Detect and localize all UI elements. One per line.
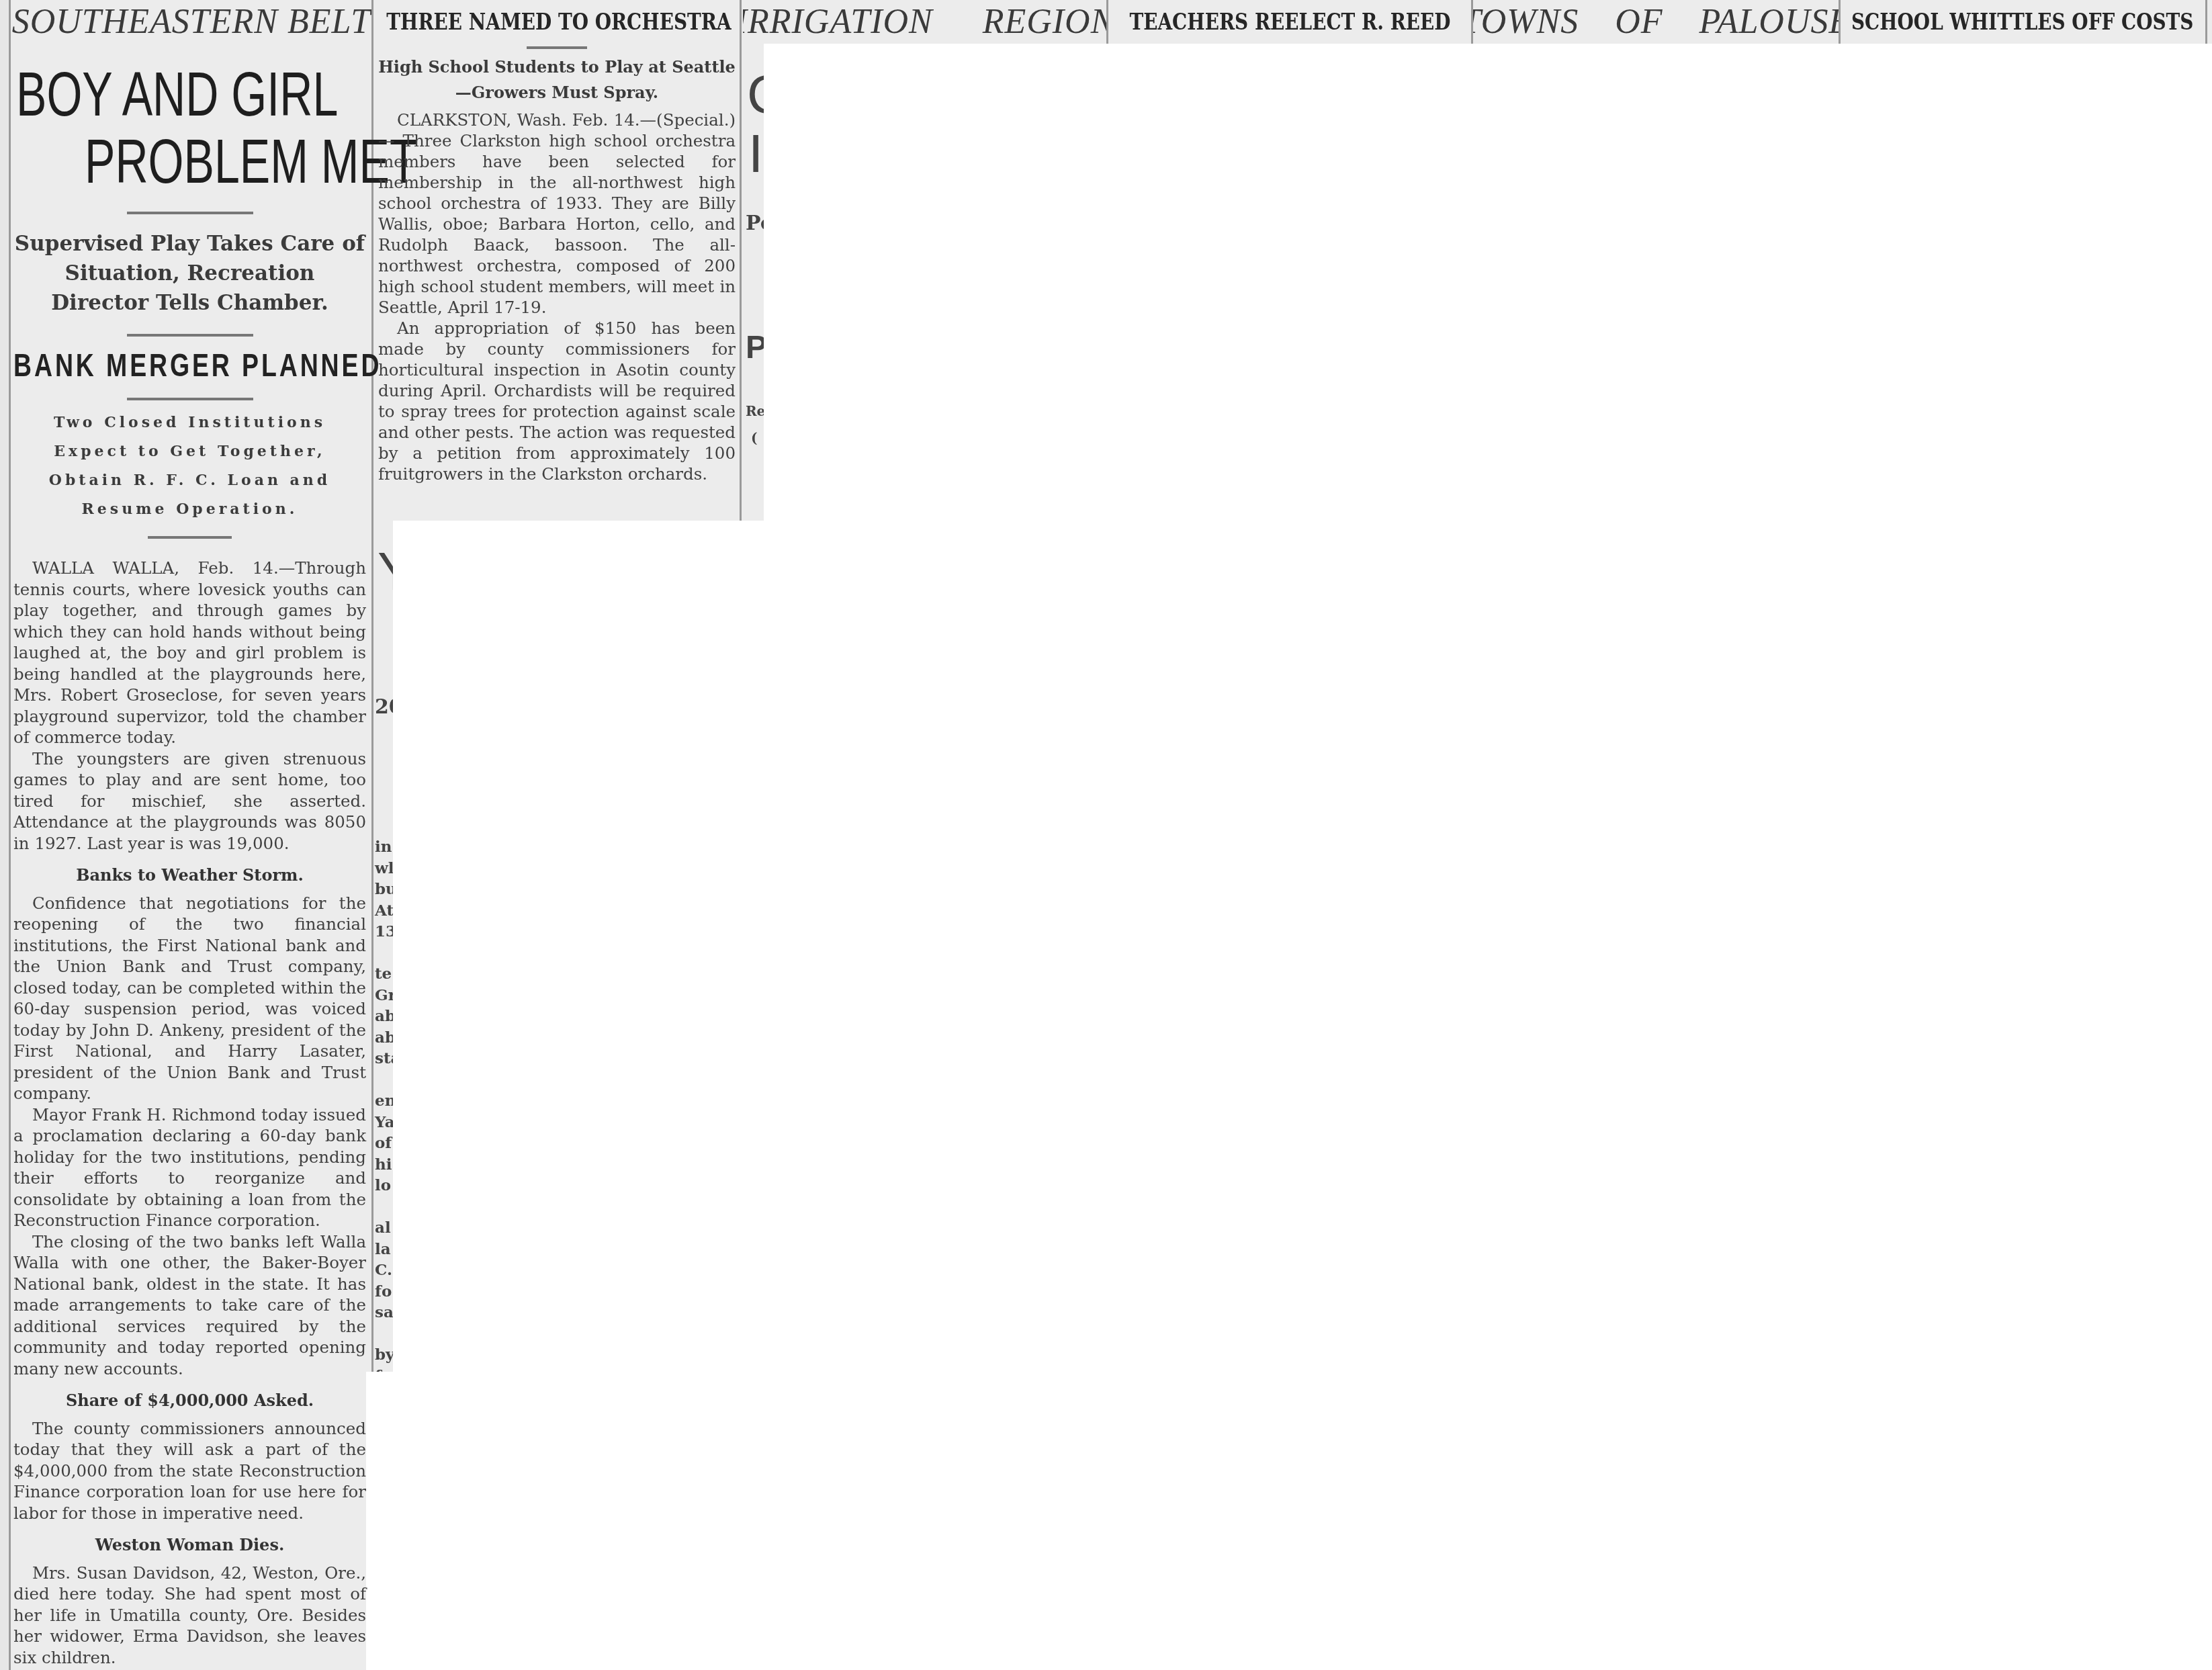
header-irrigation-region: IRRIGATION REGION: [743, 0, 1107, 44]
column-rule: [740, 0, 742, 521]
header-teachers-reelect: TEACHERS REELECT R. REED: [1108, 0, 1471, 44]
paragraph: Confidence that negotiations for the reo…: [13, 893, 366, 1104]
section-heading: Share of $4,000,000 Asked.: [13, 1390, 366, 1411]
column-rule: [1839, 0, 1841, 44]
divider: [148, 536, 232, 539]
middle-article: High School Students to Play at Seattle—…: [378, 44, 736, 484]
second-headline: BANK MERGER PLANNED: [13, 347, 289, 384]
paragraph: WALLA WALLA, Feb. 14.—Through tennis cou…: [13, 558, 366, 748]
middle-deck: High School Students to Play at Seattle—…: [378, 54, 736, 105]
deck: Supervised Play Takes Care of Situation,…: [13, 229, 366, 318]
second-deck: Two Closed Institutions Expect to Get To…: [13, 408, 366, 524]
divider: [127, 334, 253, 337]
column-rule: [1471, 0, 1473, 44]
paragraph: An appropriation of $150 has been made b…: [378, 318, 736, 484]
fragment-lines: in wl bu At 13 te Gr ab ab sta en Ya of …: [375, 836, 393, 1372]
section-heading: Weston Woman Dies.: [13, 1534, 366, 1556]
header-three-named: THREE NAMED TO ORCHESTRA: [376, 0, 741, 44]
middle-body: CLARKSTON, Wash. Feb. 14.—(Special.) — T…: [378, 109, 736, 484]
paragraph: The county commissioners announced today…: [13, 1418, 366, 1524]
paragraph: The closing of the two banks left Walla …: [13, 1231, 366, 1380]
divider: [127, 398, 253, 400]
paragraph: Mayor Frank H. Richmond today issued a p…: [13, 1104, 366, 1231]
article-body: WALLA WALLA, Feb. 14.—Through tennis cou…: [13, 558, 366, 1668]
second-column-fragment: Y 20 in wl bu At 13 te Gr ab ab sta en Y…: [373, 521, 393, 1372]
headline-line2: PROBLEM MET: [85, 131, 293, 193]
paragraph: CLARKSTON, Wash. Feb. 14.—(Special.) — T…: [378, 109, 736, 318]
headline-line1: BOY AND GIRL: [16, 64, 275, 126]
third-column-fragment: C I Po P Re (: [744, 44, 764, 521]
column-rule: [9, 0, 11, 1670]
paragraph: The youngsters are given strenuous games…: [13, 748, 366, 854]
left-article: BOY AND GIRL PROBLEM MET Supervised Play…: [13, 44, 366, 1668]
header-towns-of-palouse: TOWNS OF PALOUSE: [1473, 0, 1839, 44]
column-rule: [1106, 0, 1108, 44]
divider: [127, 212, 253, 214]
left-edge-fragment: [0, 0, 8, 1670]
section-heading: Banks to Weather Storm.: [13, 865, 366, 886]
column-rule: [2205, 0, 2207, 44]
divider: [527, 46, 587, 49]
header-southeastern-belt: SOUTHEASTERN BELT: [10, 0, 373, 44]
paragraph: Mrs. Susan Davidson, 42, Weston, Ore., d…: [13, 1563, 366, 1669]
header-school-whittles: SCHOOL WHITTLES OFF COSTS: [1841, 0, 2205, 44]
